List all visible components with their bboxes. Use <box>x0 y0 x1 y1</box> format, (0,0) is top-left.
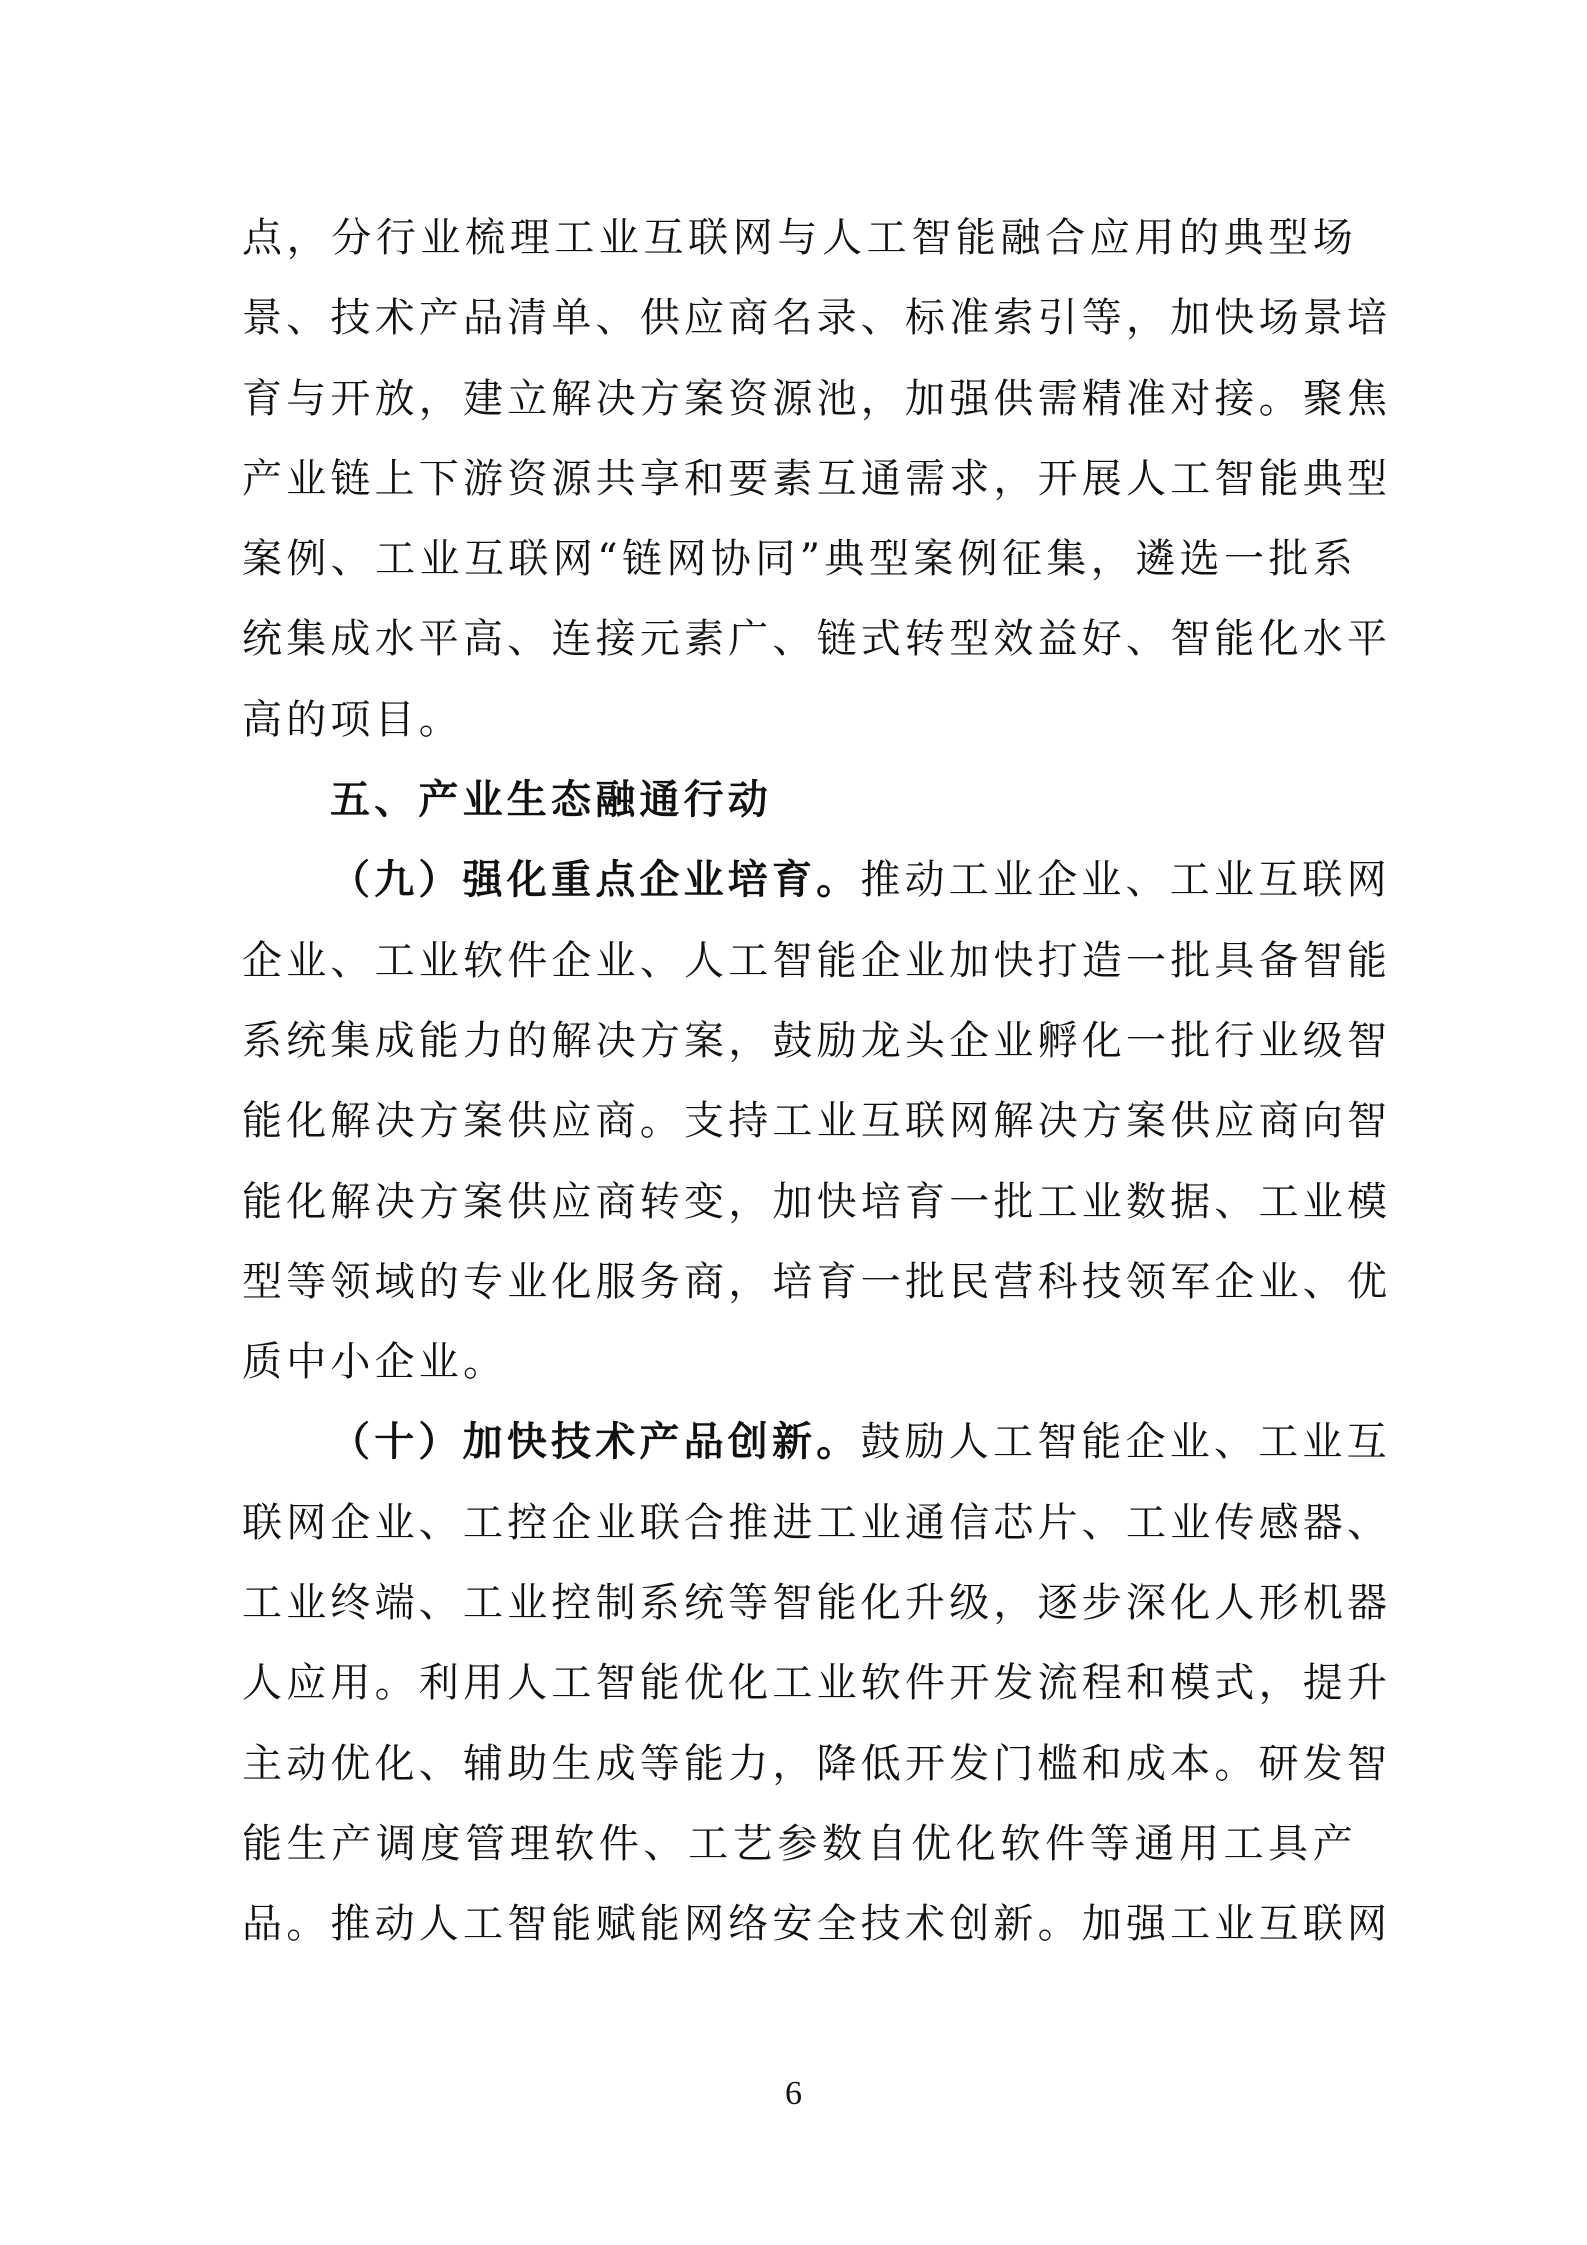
paragraph-line: 系统集成能力的解决方案，鼓励龙头企业孵化一批行业级智 <box>242 1001 1357 1081</box>
page-number: 6 <box>0 2075 1587 2113</box>
body-text: 点，分行业梳理工业互联网与人工智能融合应用的典型场 景、技术产品清单、供应商名录… <box>242 198 1357 1965</box>
item-9-title: （九）强化重点企业培育。 <box>330 857 860 903</box>
item-10-text: 鼓励人工智能企业、工业互 <box>860 1419 1390 1465</box>
document-page: 点，分行业梳理工业互联网与人工智能融合应用的典型场 景、技术产品清单、供应商名录… <box>0 0 1587 2245</box>
paragraph-line: 工业终端、工业控制系统等智能化升级，逐步深化人形机器 <box>242 1563 1357 1643</box>
item-9-first-line: （九）强化重点企业培育。推动工业企业、工业互联网 <box>242 840 1357 920</box>
paragraph-line: 育与开放，建立解决方案资源池，加强供需精准对接。聚焦 <box>242 359 1357 439</box>
paragraph-line: 景、技术产品清单、供应商名录、标准索引等，加快场景培 <box>242 278 1357 358</box>
paragraph-line: 联网企业、工控企业联合推进工业通信芯片、工业传感器、 <box>242 1483 1357 1563</box>
item-10-title: （十）加快技术产品创新。 <box>330 1419 860 1465</box>
paragraph-line: 企业、工业软件企业、人工智能企业加快打造一批具备智能 <box>242 921 1357 1001</box>
paragraph-line: 质中小企业。 <box>242 1322 1357 1402</box>
paragraph-line: 型等领域的专业化服务商，培育一批民营科技领军企业、优 <box>242 1242 1357 1322</box>
paragraph-line: 品。推动人工智能赋能网络安全技术创新。加强工业互联网 <box>242 1884 1357 1964</box>
paragraph-line: 高的项目。 <box>242 680 1357 760</box>
paragraph-line: 能化解决方案供应商。支持工业互联网解决方案供应商向智 <box>242 1081 1357 1161</box>
paragraph-line: 能化解决方案供应商转变，加快培育一批工业数据、工业模 <box>242 1162 1357 1242</box>
paragraph-line: 人应用。利用人工智能优化工业软件开发流程和模式，提升 <box>242 1643 1357 1723</box>
paragraph-line: 主动优化、辅助生成等能力，降低开发门槛和成本。研发智 <box>242 1724 1357 1804</box>
paragraph-line: 点，分行业梳理工业互联网与人工智能融合应用的典型场 <box>242 198 1357 278</box>
paragraph-line: 统集成水平高、连接元素广、链式转型效益好、智能化水平 <box>242 599 1357 679</box>
item-9-text: 推动工业企业、工业互联网 <box>860 857 1390 903</box>
paragraph-line: 产业链上下游资源共享和要素互通需求，开展人工智能典型 <box>242 439 1357 519</box>
paragraph-line: 案例、工业互联网“链网协同”典型案例征集，遴选一批系 <box>242 519 1357 599</box>
paragraph-line: 能生产调度管理软件、工艺参数自优化软件等通用工具产 <box>242 1804 1357 1884</box>
item-10-first-line: （十）加快技术产品创新。鼓励人工智能企业、工业互 <box>242 1402 1357 1482</box>
section-heading: 五、产业生态融通行动 <box>242 760 1357 840</box>
